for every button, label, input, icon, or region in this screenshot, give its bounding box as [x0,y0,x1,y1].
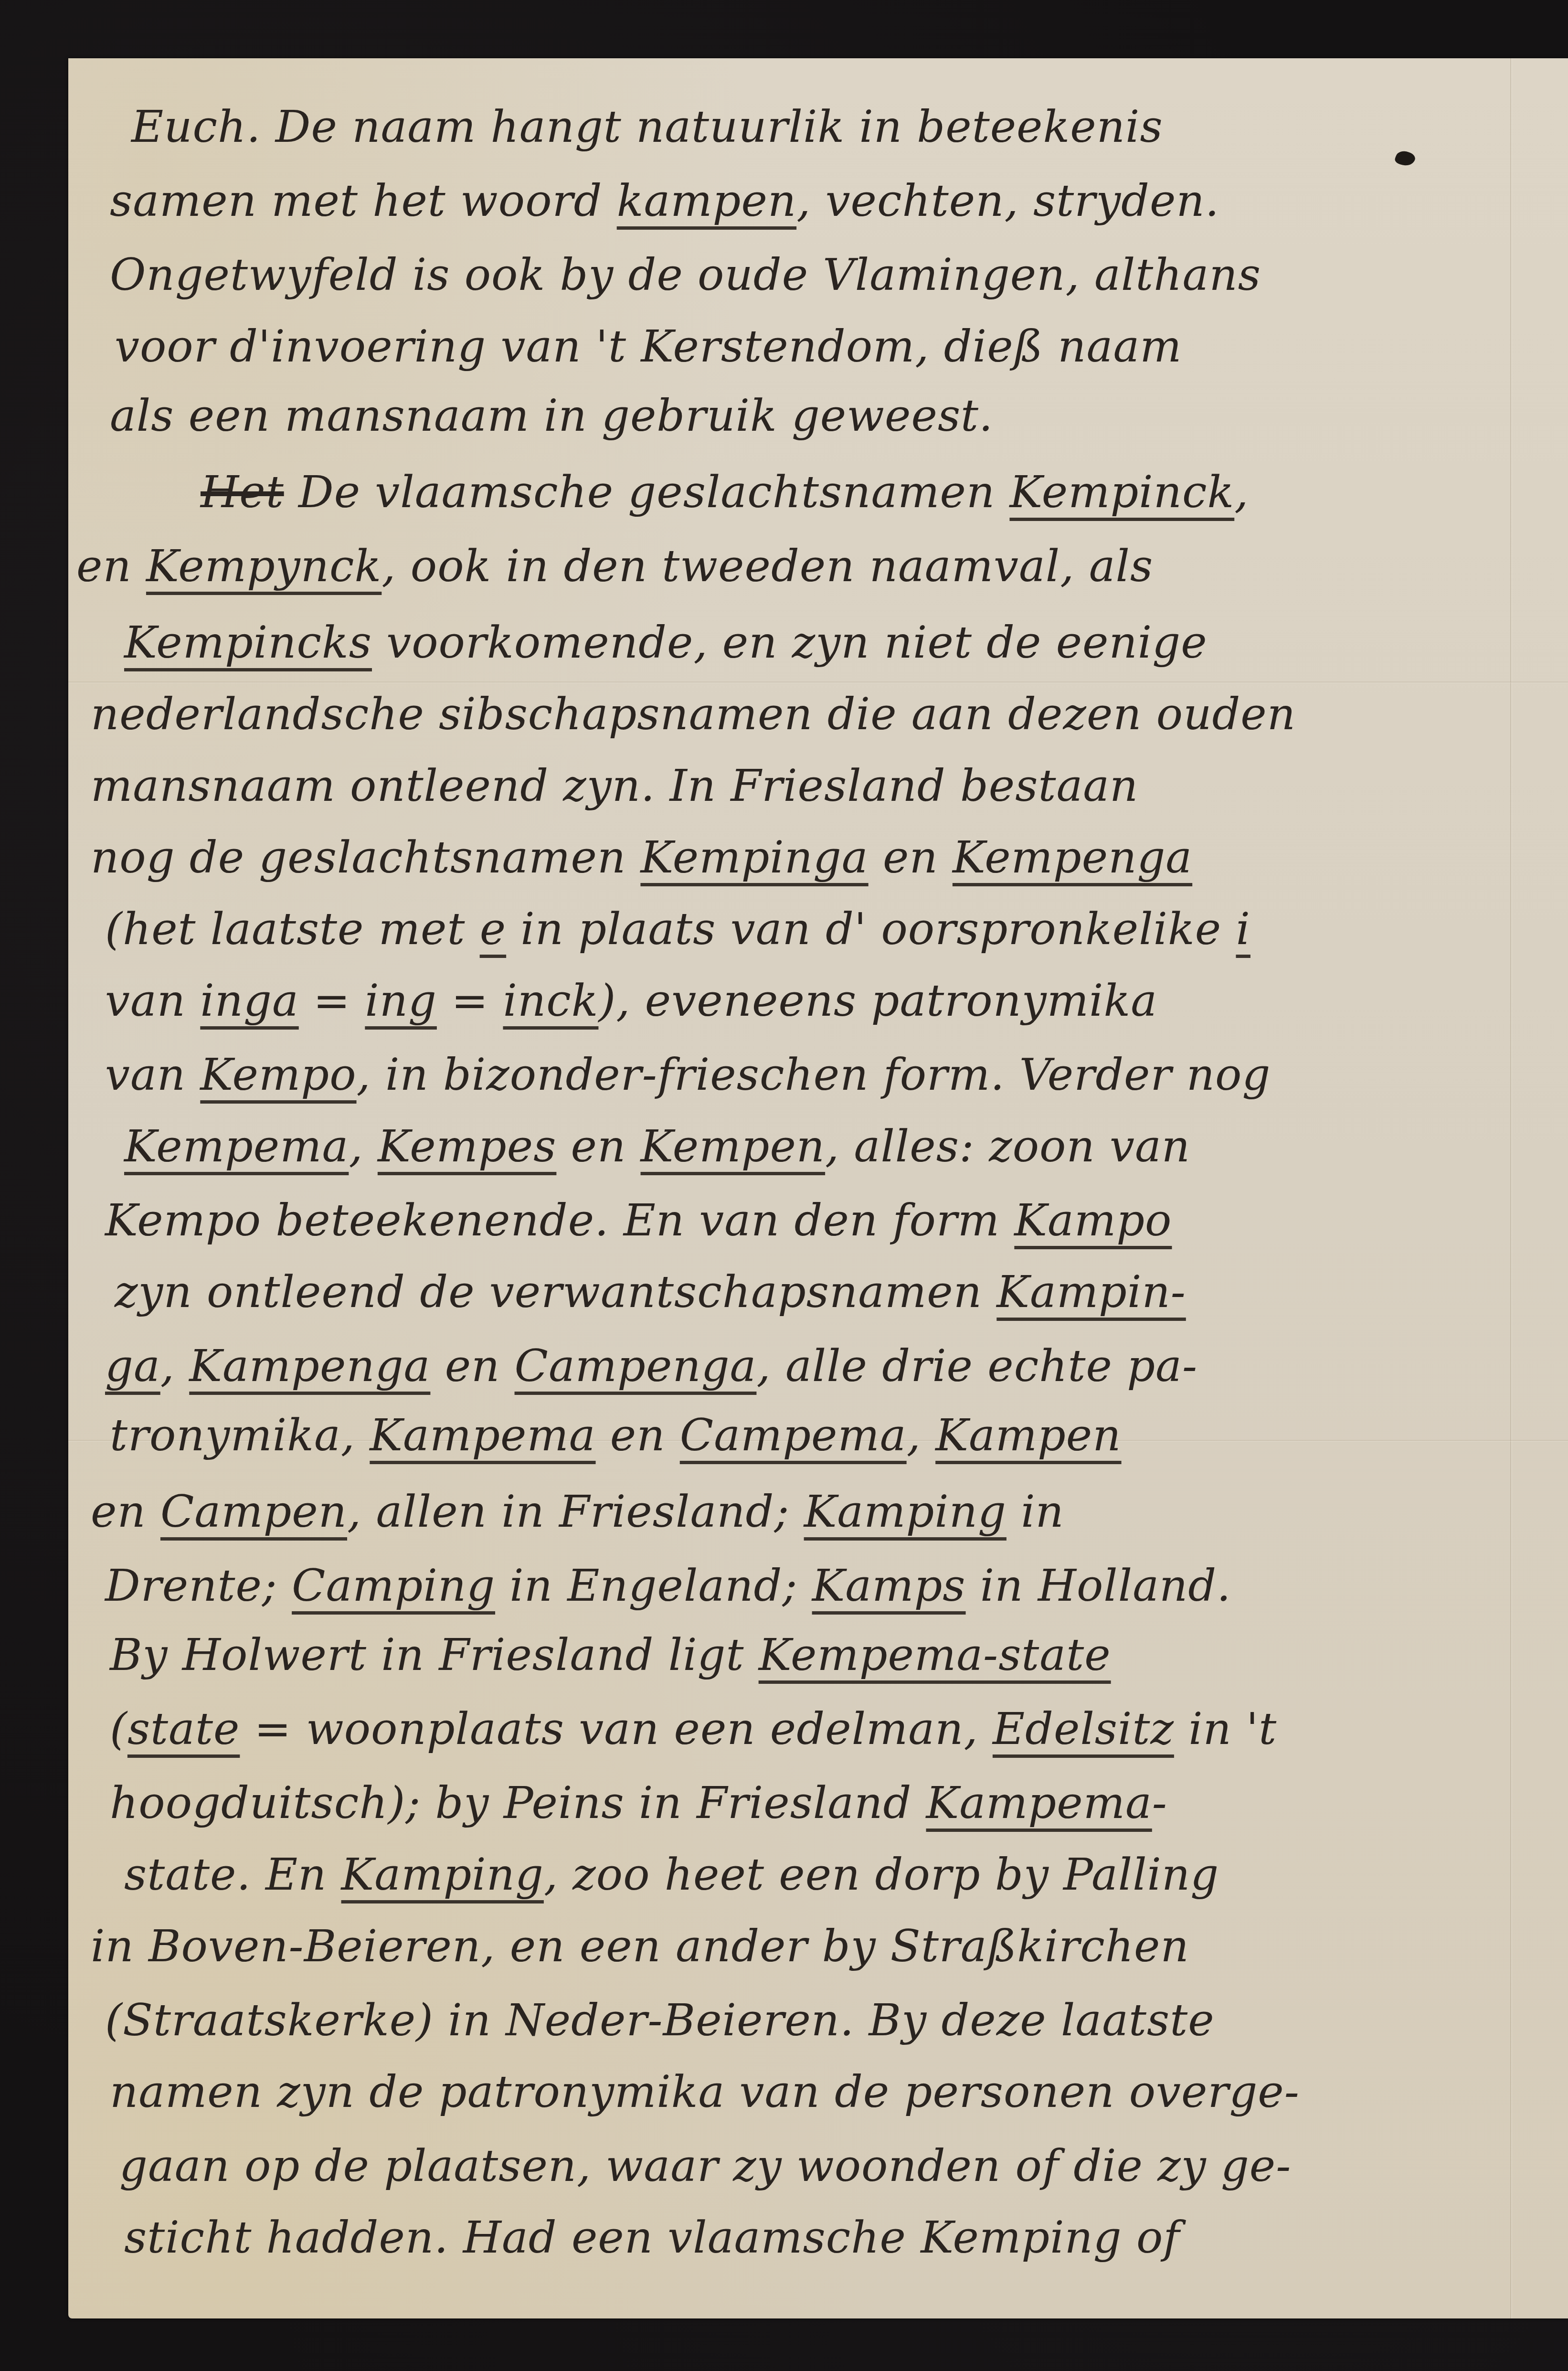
text-segment: - [1152,1777,1167,1829]
manuscript-line: state. En Kamping, zoo heet een dorp by … [124,1853,1219,1897]
underlined-word: Kempenga [953,832,1192,883]
text-segment: en [869,832,953,883]
underlined-word: Kampo [1014,1195,1172,1246]
manuscript-line: nederlandsche sibschapsnamen die aan dez… [91,692,1296,736]
underlined-word: Kamping [804,1486,1006,1537]
underlined-word: Kempema-state [759,1629,1111,1680]
struck-word: Het [201,467,284,518]
text-segment: hoogduitsch); by Peins in Friesland [110,1777,926,1829]
underlined-word: Kampema [370,1410,595,1461]
text-segment: , vechten, stryden. [796,175,1219,226]
manuscript-line: sticht hadden. Had een vlaamsche Kemping… [124,2216,1180,2260]
text-segment: en [76,541,146,592]
text-segment: in Boven-Beieren, en een ander by Straßk… [91,1921,1189,1972]
text-segment: en [430,1340,514,1392]
text-segment: zyn ontleend de verwantschapsnamen [115,1266,996,1318]
text-segment: , [1234,467,1249,518]
underlined-word: kampen [617,175,796,226]
text-segment: en [596,1410,680,1461]
text-segment: De vlaamsche geslachtsnamen [284,467,1010,518]
text-segment: = woonplaats van een edelman, [240,1703,993,1754]
manuscript-line: en Kempynck, ook in den tweeden naamval,… [76,544,1153,588]
underlined-word: Kempinga [640,832,868,883]
text-segment: state. En [124,1849,341,1900]
text-segment: tronymika, [110,1410,370,1461]
manuscript-line: mansnaam ontleend zyn. In Friesland best… [91,764,1138,808]
underlined-word: Kempo [200,1049,356,1100]
underlined-word: ga [105,1340,160,1392]
manuscript-line: gaan op de plaatsen, waar zy woonden of … [119,2144,1291,2188]
text-segment: voor d'invoering van 't Kerstendom, dieß… [115,321,1182,372]
underlined-word: Kampen [935,1410,1121,1461]
handwritten-text-body: Euch. De naam hangt natuurlik in beteeke… [68,58,1568,2318]
underlined-word: Camping [292,1560,495,1611]
manuscript-line: (het laatste met e in plaats van d' oors… [105,907,1250,951]
manuscript-page: Euch. De naam hangt natuurlik in beteeke… [68,58,1568,2318]
underlined-word: Campema [680,1410,907,1461]
manuscript-line: samen met het woord kampen, vechten, str… [110,179,1219,223]
text-segment: nederlandsche sibschapsnamen die aan dez… [91,689,1296,740]
text-segment: als een mansnaam in gebruik geweest. [110,390,993,441]
text-segment: , in bizonder-frieschen form. Verder nog [357,1049,1271,1100]
manuscript-line: Kempema, Kempes en Kempen, alles: zoon v… [124,1125,1190,1169]
text-segment: (het laatste met [105,904,480,955]
underlined-word: e [480,904,506,955]
text-segment: mansnaam ontleend zyn. In Friesland best… [91,760,1138,811]
text-segment: en [91,1486,160,1537]
manuscript-line: zyn ontleend de verwantschapsnamen Kampi… [115,1270,1186,1314]
text-segment: sticht hadden. Had een vlaamsche Kemping… [124,2212,1180,2263]
text-segment: en [556,1121,640,1172]
manuscript-line: nog de geslachtsnamen Kempinga en Kempen… [91,836,1192,880]
text-segment: Ongetwyfeld is ook by de oude Vlamingen,… [110,249,1261,300]
text-segment: , [160,1340,190,1392]
underlined-word: ing [365,975,437,1026]
manuscript-line: ga, Kampenga en Campenga, alle drie echt… [105,1344,1197,1388]
underlined-word: Kampin- [996,1266,1186,1318]
text-segment: in Holland. [966,1560,1231,1611]
manuscript-line: Drente; Camping in Engeland; Kamps in Ho… [105,1564,1231,1608]
underlined-word: Kampenga [189,1340,430,1392]
manuscript-line: en Campen, allen in Friesland; Kamping i… [91,1490,1064,1534]
text-segment: ( [110,1703,127,1754]
underlined-word: Kamping [341,1849,544,1900]
text-segment: in 't [1174,1703,1277,1754]
underlined-word: Kempen [641,1121,826,1172]
text-segment: = [299,975,365,1026]
manuscript-line: als een mansnaam in gebruik geweest. [110,394,993,438]
text-segment: nog de geslachtsnamen [91,832,640,883]
underlined-word: Campenga [515,1340,757,1392]
text-segment: , allen in Friesland; [347,1486,804,1537]
underlined-word: Kempinck [1009,467,1234,518]
text-segment: ), eveneens patronymika [598,975,1157,1026]
manuscript-line: in Boven-Beieren, en een ander by Straßk… [91,1924,1189,1968]
underlined-word: Kamps [812,1560,966,1611]
underlined-word: Campen [160,1486,347,1537]
text-segment: , alles: zoon van [825,1121,1190,1172]
manuscript-line: Ongetwyfeld is ook by de oude Vlamingen,… [110,253,1261,297]
underlined-word: Edelsitz [993,1703,1174,1754]
manuscript-line: Euch. De naam hangt natuurlik in beteeke… [131,105,1163,149]
manuscript-line: hoogduitsch); by Peins in Friesland Kamp… [110,1781,1167,1825]
text-segment: Kempo beteekenende. En van den form [105,1195,1014,1246]
manuscript-line: Kempincks voorkomende, en zyn niet de ee… [124,621,1208,665]
text-segment: van [105,975,200,1026]
manuscript-line: van inga = ing = inck), eveneens patrony… [105,979,1157,1023]
underlined-word: i [1236,904,1250,955]
underlined-word: Kempincks [124,617,372,668]
manuscript-line: (Straatskerke) in Neder-Beieren. By deze… [105,1999,1215,2042]
text-segment: voorkomende, en zyn niet de eenige [372,617,1208,668]
manuscript-line: Kempo beteekenende. En van den form Kamp… [105,1199,1172,1243]
text-segment: , [907,1410,936,1461]
underlined-word: state [127,1703,240,1754]
underlined-word: inga [200,975,298,1026]
text-segment: (Straatskerke) in Neder-Beieren. By deze… [105,1995,1215,2046]
manuscript-line: namen zyn de patronymika van de personen… [110,2070,1300,2114]
text-segment: Euch. De naam hangt natuurlik in beteeke… [131,101,1163,152]
underlined-word: Kampema [926,1777,1152,1829]
manuscript-line: van Kempo, in bizonder-frieschen form. V… [105,1053,1271,1097]
text-segment: , zoo heet een dorp by Palling [544,1849,1219,1900]
text-segment: By Holwert in Friesland ligt [110,1629,759,1680]
manuscript-line: tronymika, Kampema en Campema, Kampen [110,1414,1122,1457]
manuscript-line: Het De vlaamsche geslachtsnamen Kempinck… [201,470,1249,514]
text-segment: in plaats van d' oorspronkelike [506,904,1236,955]
text-segment: , ook in den tweeden naamval, als [381,541,1153,592]
manuscript-line: voor d'invoering van 't Kerstendom, dieß… [115,325,1182,369]
text-segment: in Engeland; [495,1560,812,1611]
manuscript-line: (state = woonplaats van een edelman, Ede… [110,1707,1277,1751]
text-segment: namen zyn de patronymika van de personen… [110,2066,1300,2117]
text-segment: samen met het woord [110,175,617,226]
manuscript-line: By Holwert in Friesland ligt Kempema-sta… [110,1633,1111,1677]
text-segment: = [437,975,503,1026]
underlined-word: Kempes [378,1121,557,1172]
text-segment: gaan op de plaatsen, waar zy woonden of … [119,2140,1291,2191]
text-segment: , [349,1121,378,1172]
underlined-word: inck [503,975,598,1026]
text-segment: Drente; [105,1560,292,1611]
text-segment: in [1006,1486,1064,1537]
underlined-word: Kempema [124,1121,349,1172]
text-segment: , alle drie echte pa- [756,1340,1197,1392]
text-segment: van [105,1049,200,1100]
underlined-word: Kempynck [146,541,381,592]
